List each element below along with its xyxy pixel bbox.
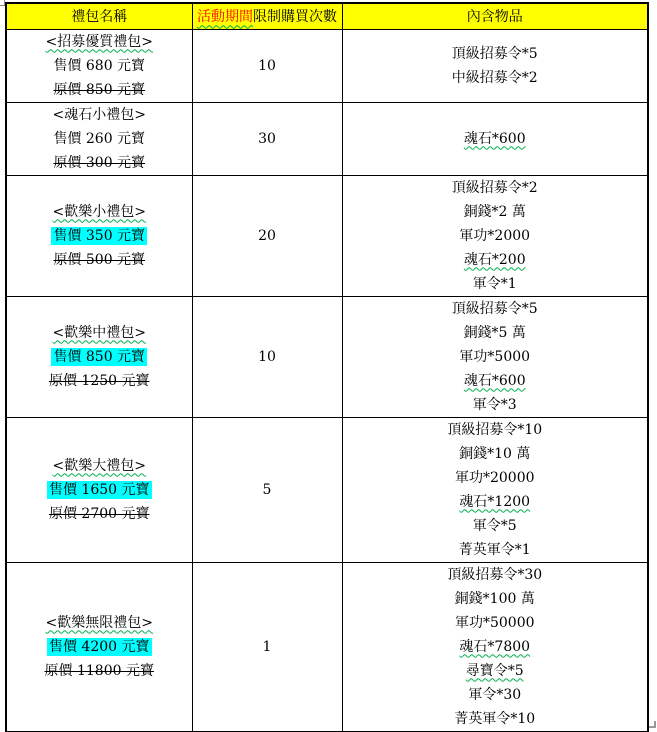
item: 軍令*1 [343, 272, 648, 296]
item: 軍令*30 [343, 683, 648, 707]
item: 中級招募令*2 [343, 66, 648, 90]
item: 菁英軍令*10 [343, 707, 648, 731]
sale-price: 售價 260 元寶 [53, 131, 145, 147]
original-price: 原價 850 元寶 [53, 82, 145, 98]
table-row: <歡樂大禮包> 售價 1650 元寶 原價 2700 元寶 5 頂級招募令*10… [6, 417, 648, 562]
item: 魂石*200 [464, 252, 526, 268]
item: 魂石*600 [464, 373, 526, 389]
header-purchase-limit: 活動期間限制購買次數 [192, 3, 342, 29]
purchase-limit: 20 [192, 175, 342, 296]
purchase-limit: 10 [192, 296, 342, 417]
purchase-limit: 10 [192, 29, 342, 102]
header-package-name: 禮包名稱 [6, 3, 192, 29]
header-items: 內含物品 [342, 3, 648, 29]
item: 頂級招募令*5 [343, 297, 648, 321]
item: 菁英軍令*1 [343, 538, 648, 562]
package-name: <歡樂中禮包> [53, 325, 146, 341]
sale-price: 售價 680 元寶 [53, 58, 145, 74]
purchase-limit: 30 [192, 102, 342, 175]
original-price: 原價 2700 元寶 [49, 506, 150, 522]
header-event-period: 活動期間 [197, 9, 253, 25]
purchase-limit: 1 [192, 562, 342, 732]
header-row: 禮包名稱 活動期間限制購買次數 內含物品 [6, 3, 648, 29]
sale-price: 售價 350 元寶 [51, 227, 147, 245]
package-name-cell: <歡樂中禮包> 售價 850 元寶 原價 1250 元寶 [6, 296, 192, 417]
item: 魂石*600 [464, 131, 526, 147]
package-name-cell: <歡樂小禮包> 售價 350 元寶 原價 500 元寶 [6, 175, 192, 296]
item: 銅錢*5 萬 [343, 321, 648, 345]
table-row: <歡樂中禮包> 售價 850 元寶 原價 1250 元寶 10 頂級招募令*5 … [6, 296, 648, 417]
item: 軍令*5 [343, 514, 648, 538]
package-name: <歡樂無限禮包> [46, 615, 153, 631]
package-name-cell: <魂石小禮包> 售價 260 元寶 原價 300 元寶 [6, 102, 192, 175]
sale-price: 售價 4200 元寶 [47, 638, 152, 656]
item: 軍功*5000 [343, 345, 648, 369]
package-name-cell: <招募優質禮包> 售價 680 元寶 原價 850 元寶 [6, 29, 192, 102]
items-cell: 頂級招募令*10 銅錢*10 萬 軍功*20000 魂石*1200 軍令*5 菁… [342, 417, 648, 562]
package-name-cell: <歡樂無限禮包> 售價 4200 元寶 原價 11800 元寶 [6, 562, 192, 732]
item: 頂級招募令*30 [343, 563, 648, 587]
package-name-cell: <歡樂大禮包> 售價 1650 元寶 原價 2700 元寶 [6, 417, 192, 562]
item: 銅錢*100 萬 [343, 587, 648, 611]
table-resize-handle [649, 721, 656, 728]
gift-package-table: 禮包名稱 活動期間限制購買次數 內含物品 <招募優質禮包> 售價 680 元寶 … [5, 2, 649, 732]
sale-price: 售價 850 元寶 [51, 348, 147, 366]
item: 魂石*1200 [459, 494, 530, 510]
item: 軍令*3 [343, 393, 648, 417]
item: 頂級招募令*2 [343, 176, 648, 200]
item: 軍功*2000 [343, 224, 648, 248]
items-cell: 頂級招募令*5 中級招募令*2 [342, 29, 648, 102]
purchase-limit: 5 [192, 417, 342, 562]
item: 軍功*50000 [343, 611, 648, 635]
item: 銅錢*2 萬 [343, 200, 648, 224]
table-row: <魂石小禮包> 售價 260 元寶 原價 300 元寶 30 魂石*600 [6, 102, 648, 175]
sale-price: 售價 1650 元寶 [47, 481, 152, 499]
original-price: 原價 11800 元寶 [45, 663, 154, 679]
table-row: <歡樂小禮包> 售價 350 元寶 原價 500 元寶 20 頂級招募令*2 銅… [6, 175, 648, 296]
package-name: <歡樂大禮包> [53, 458, 146, 474]
original-price: 原價 500 元寶 [53, 252, 145, 268]
item: 軍功*20000 [343, 466, 648, 490]
original-price: 原價 300 元寶 [53, 155, 145, 171]
package-name: <歡樂小禮包> [53, 204, 146, 220]
package-name: <招募優質禮包> [46, 34, 153, 50]
original-price: 原價 1250 元寶 [49, 373, 150, 389]
item: 尋寶令*5 [466, 663, 524, 679]
table-row: <招募優質禮包> 售價 680 元寶 原價 850 元寶 10 頂級招募令*5 … [6, 29, 648, 102]
items-cell: 頂級招募令*2 銅錢*2 萬 軍功*2000 魂石*200 軍令*1 [342, 175, 648, 296]
table-row: <歡樂無限禮包> 售價 4200 元寶 原價 11800 元寶 1 頂級招募令*… [6, 562, 648, 732]
header-limit-label: 限制購買次數 [253, 9, 337, 25]
items-cell: 魂石*600 [342, 102, 648, 175]
items-cell: 頂級招募令*30 銅錢*100 萬 軍功*50000 魂石*7800 尋寶令*5… [342, 562, 648, 732]
item: 頂級招募令*5 [343, 42, 648, 66]
item: 魂石*7800 [459, 639, 530, 655]
item: 頂級招募令*10 [343, 418, 648, 442]
item: 銅錢*10 萬 [343, 442, 648, 466]
items-cell: 頂級招募令*5 銅錢*5 萬 軍功*5000 魂石*600 軍令*3 [342, 296, 648, 417]
package-name: <魂石小禮包> [53, 107, 146, 123]
